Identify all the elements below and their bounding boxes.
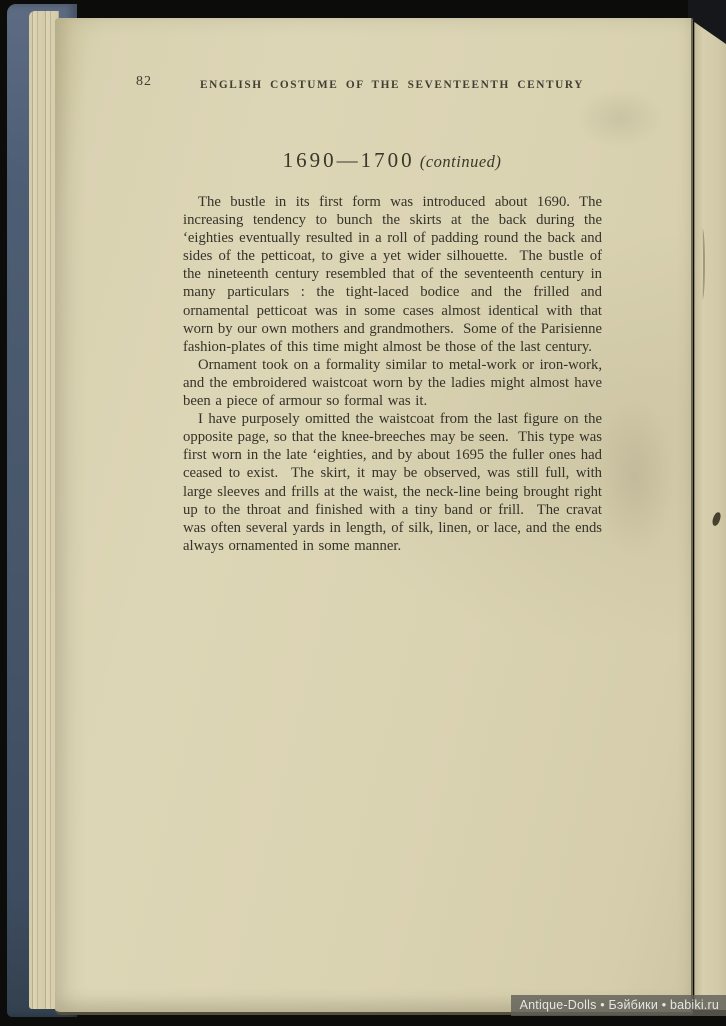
ink-show-through-mark xyxy=(711,511,721,526)
book-page: 82 ENGLISH COSTUME OF THE SEVENTEENTH CE… xyxy=(55,18,693,1015)
scanned-book-photo: 82 ENGLISH COSTUME OF THE SEVENTEENTH CE… xyxy=(0,0,726,1026)
show-through-ghost xyxy=(595,398,675,558)
adjacent-page-edge xyxy=(694,14,726,1010)
page-curl-mark xyxy=(700,229,705,299)
watermark: Antique-Dolls • Бэйбики • babiki.ru xyxy=(511,995,726,1016)
body-text: The bustle in its first form was introdu… xyxy=(183,193,602,555)
paragraph-bustle: The bustle in its first form was introdu… xyxy=(183,193,602,356)
paragraph-waistcoat: I have purposely omitted the waistcoat f… xyxy=(183,410,602,555)
heading-continued-label: (continued) xyxy=(420,152,502,171)
section-heading: 1690—1700 (continued) xyxy=(183,148,601,173)
running-title: ENGLISH COSTUME OF THE SEVENTEENTH CENTU… xyxy=(183,79,601,91)
show-through-ghost xyxy=(575,88,665,148)
paragraph-ornament: Ornament took on a formality similar to … xyxy=(183,356,602,410)
page-number: 82 xyxy=(136,74,152,90)
heading-years: 1690—1700 xyxy=(283,148,415,172)
